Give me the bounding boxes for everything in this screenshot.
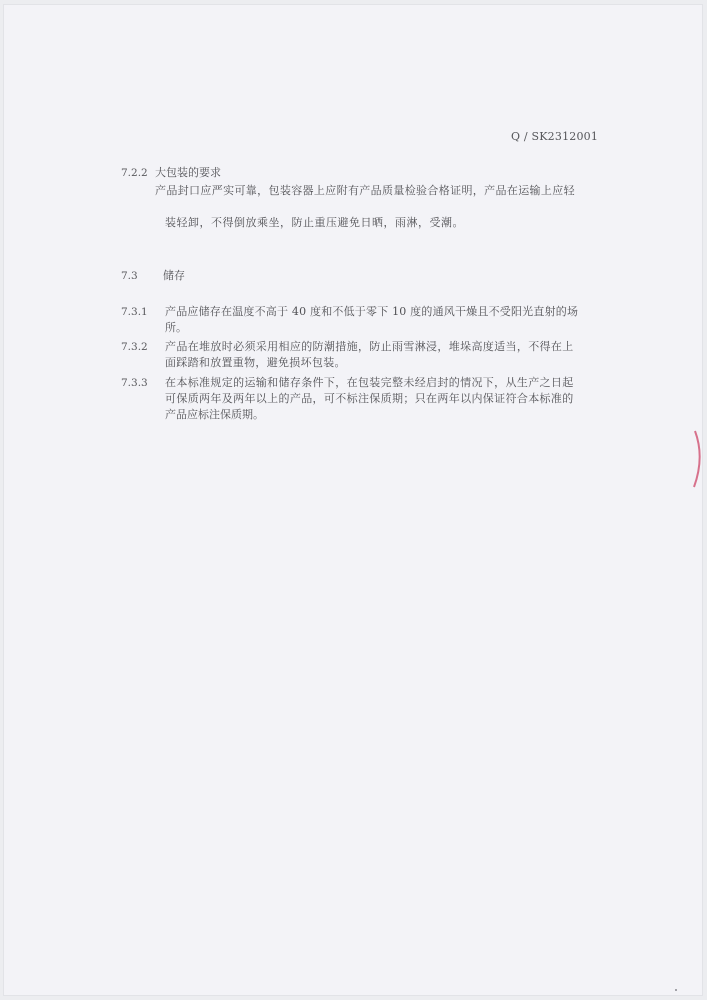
seal-stamp-edge-mark (691, 429, 705, 489)
section-number: 7.3.3 (121, 377, 148, 389)
section-title: 大包装的要求 (155, 166, 221, 180)
section-body-line: 面踩踏和放置重物，避免损坏包装。 (165, 356, 346, 370)
section-number: 7.3.1 (121, 306, 148, 318)
section-body-line: 产品在堆放时必须采用相应的防潮措施，防止雨雪淋浸，堆垛高度适当，不得在上 (165, 340, 574, 354)
section-body-line: 产品应储存在温度不高于 40 度和不低于零下 10 度的通风干燥且不受阳光直射的… (165, 305, 578, 319)
section-title: 储存 (163, 269, 185, 283)
section-number: 7.3 (121, 270, 138, 282)
scan-speck (675, 989, 677, 991)
section-number: 7.3.2 (121, 341, 148, 353)
section-body-line: 装轻卸，不得倒放乘坐，防止重压避免日晒，雨淋，受潮。 (165, 216, 464, 230)
section-body-line: 产品应标注保质期。 (165, 408, 264, 422)
section-body-line: 可保质两年及两年以上的产品，可不标注保质期；只在两年以内保证符合本标准的 (165, 392, 574, 406)
section-body-line: 产品封口应严实可靠，包装容器上应附有产品质量检验合格证明，产品在运输上应轻 (155, 184, 575, 198)
section-body-line: 在本标准规定的运输和储存条件下，在包装完整未经启封的情况下，从生产之日起 (165, 376, 574, 390)
section-number: 7.2.2 (121, 167, 148, 179)
document-id: Q / SK2312001 (511, 130, 598, 143)
document-page: Q / SK2312001 7.2.2 大包装的要求 产品封口应严实可靠，包装容… (3, 4, 703, 996)
section-body-line: 所。 (165, 321, 187, 335)
